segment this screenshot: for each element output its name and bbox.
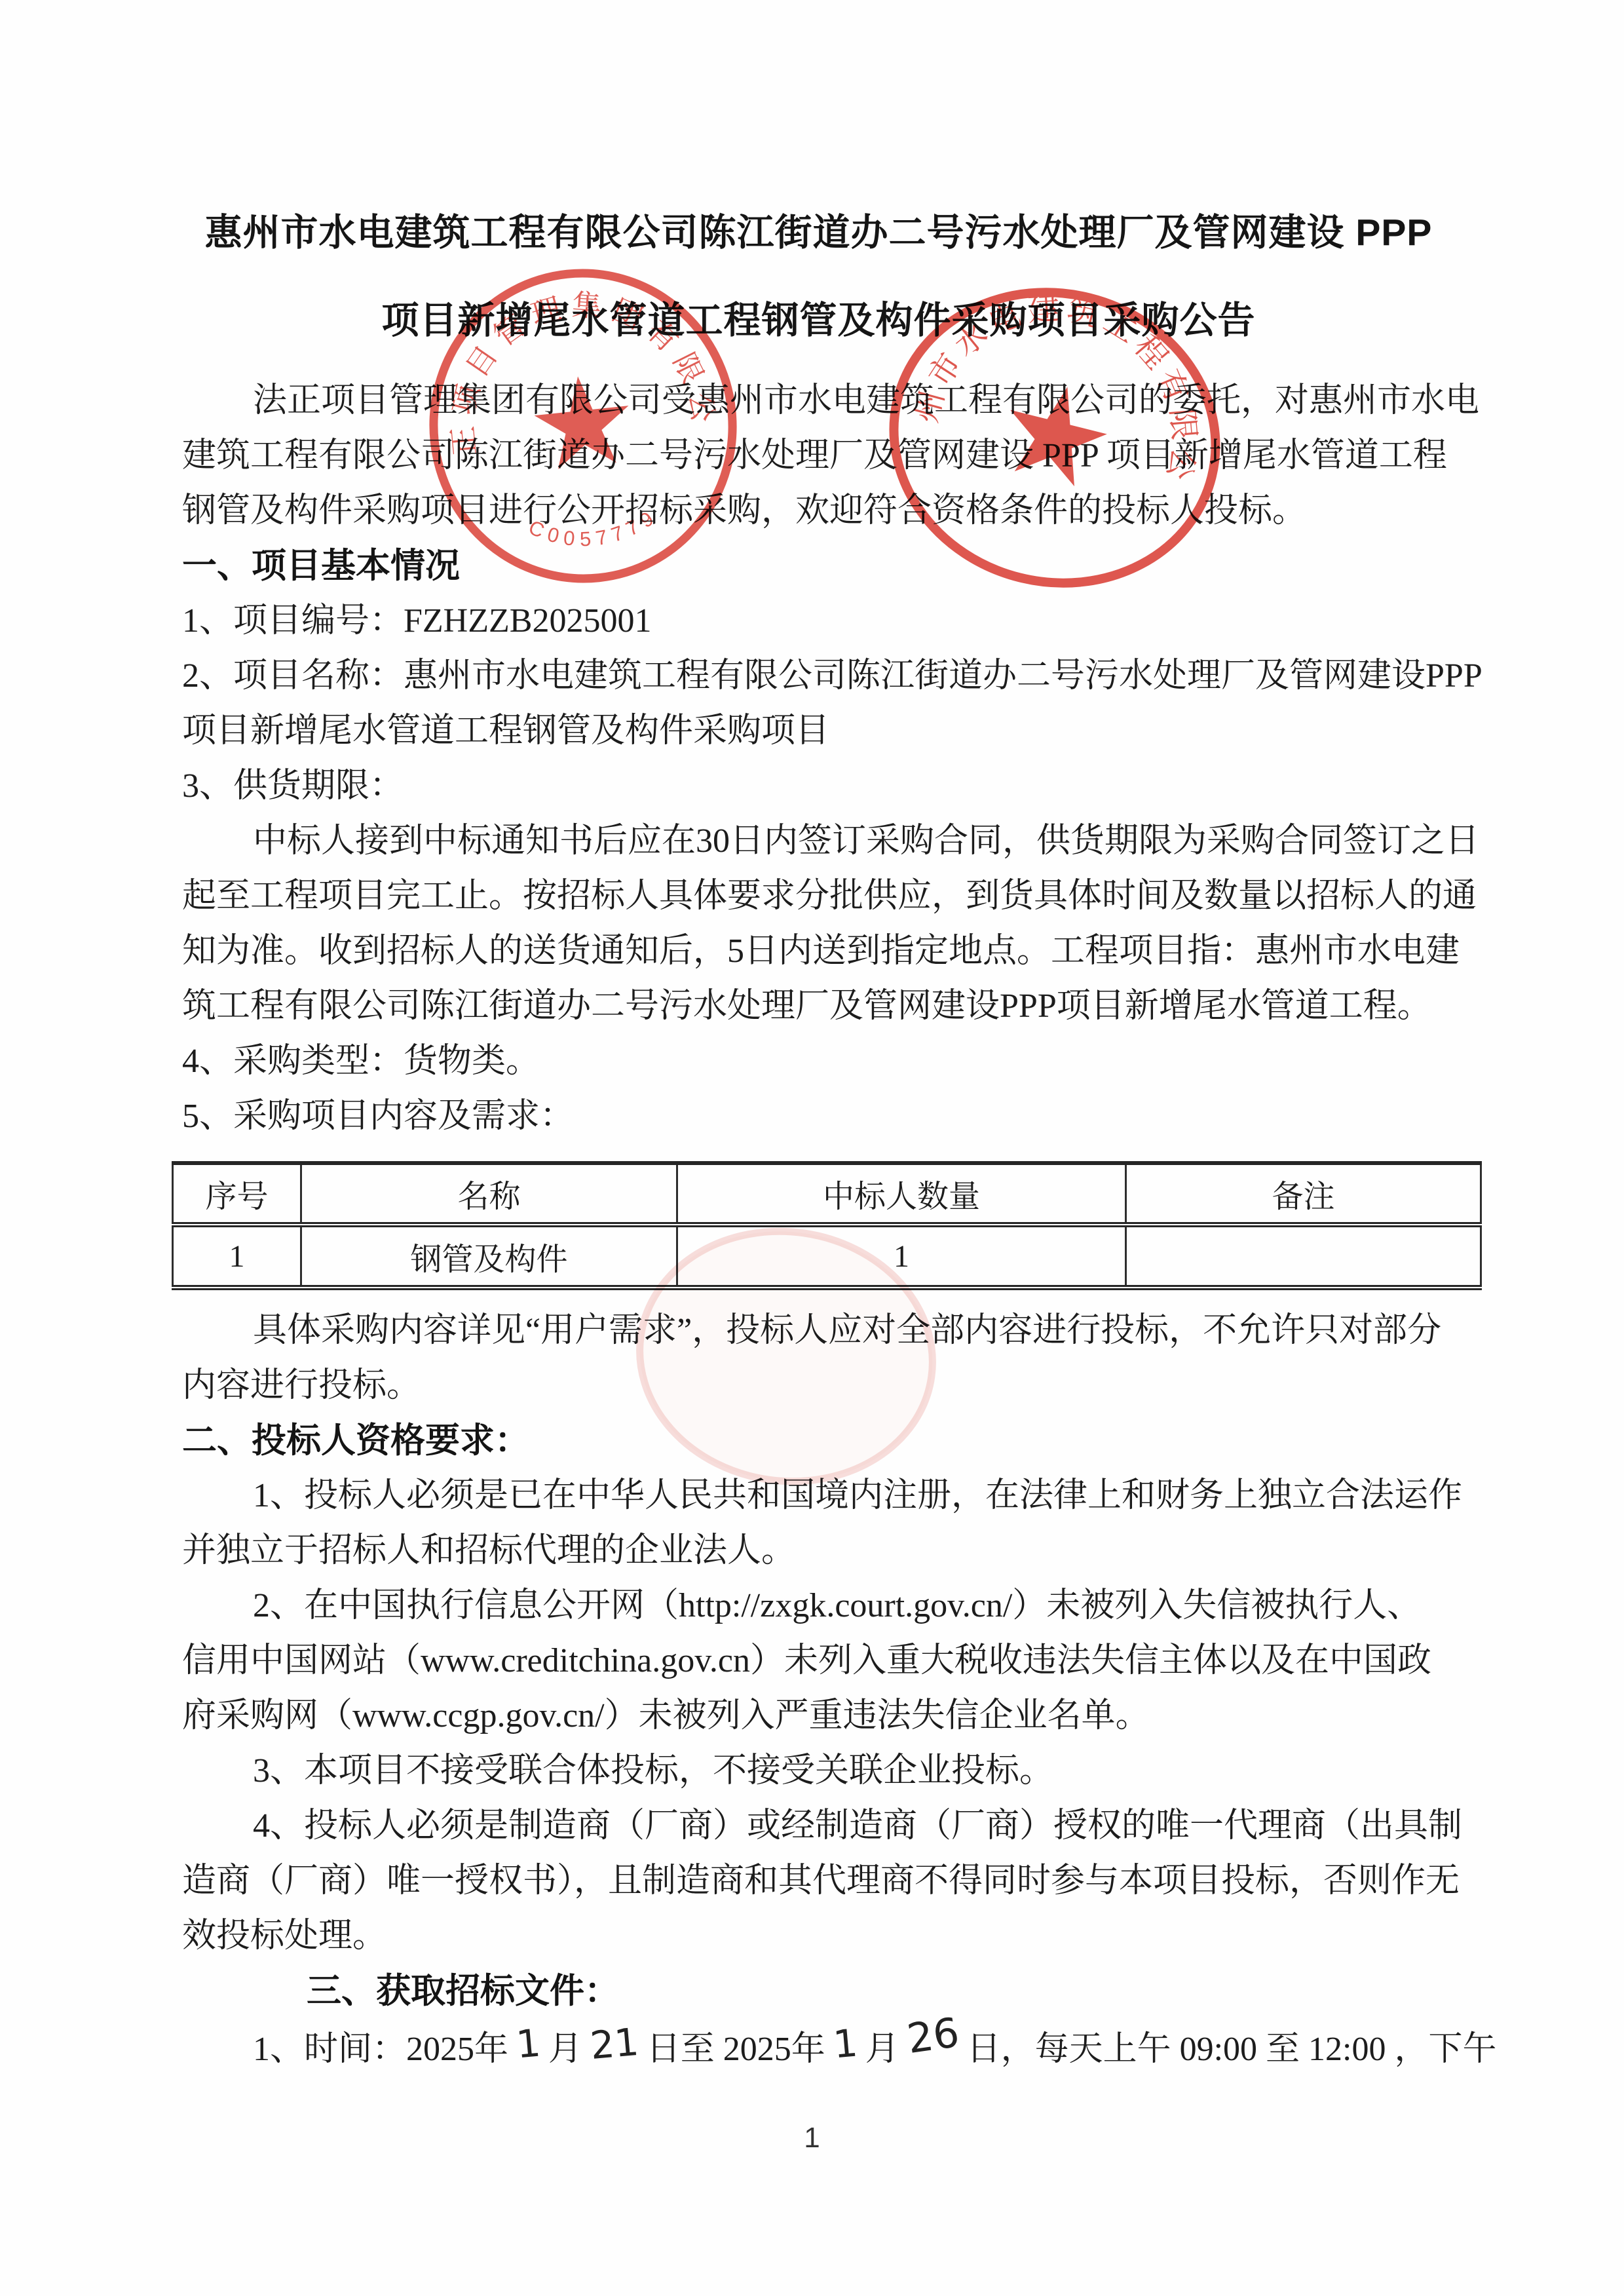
section-heading-basic-info: 一、项目基本情况 [182,539,1455,594]
qualification-line: 信用中国网站（www.creditchina.gov.cn）未列入重大税收违法失… [182,1634,1455,1689]
procurement-type-line: 4、采购类型：货物类。 [182,1034,1455,1089]
obtain-time-text: 日至 2025年 [647,2031,825,2068]
handwritten-day-21: 21 [588,2014,641,2073]
table-header-name: 名称 [301,1163,677,1225]
procurement-content-label: 5、采购项目内容及需求： [182,1089,1455,1144]
table-header-winner-count: 中标人数量 [677,1163,1126,1225]
document-title-line1: 惠州市水电建筑工程有限公司陈江街道办二号污水处理厂及管网建设 PPP [182,189,1455,277]
qualification-line: 效投标处理。 [182,1909,1455,1964]
obtain-time-suffix: 日，每天上午 09:00 至 12:00 ，下午 [967,2031,1497,2068]
document-content: 惠州市水电建筑工程有限公司陈江街道办二号污水处理厂及管网建设 PPP 项目新增尾… [182,189,1455,2074]
table-cell-name: 钢管及构件 [301,1225,677,1288]
document-title-line2: 项目新增尾水管道工程钢管及构件采购项目采购公告 [182,277,1455,364]
table-header-index: 序号 [173,1163,301,1225]
intro-line: 钢管及构件采购项目进行公开招标采购，欢迎符合资格条件的投标人投标。 [182,484,1455,539]
supply-period-line: 筑工程有限公司陈江街道办二号污水处理厂及管网建设PPP项目新增尾水管道工程。 [182,979,1455,1034]
handwritten-month-1: 1 [514,2016,542,2073]
obtain-time-line: 1、时间：2025年1月21日至 2025年1月26日，每天上午 09:00 至… [182,2019,1455,2074]
table-cell-remark [1126,1225,1481,1288]
intro-line: 建筑工程有限公司陈江街道办二号污水处理厂及管网建设 PPP 项目新增尾水管道工程 [182,429,1455,484]
page-number: 1 [0,2122,1624,2154]
section-heading-bidder-qualification: 二、投标人资格要求： [182,1413,1455,1468]
qualification-line: 1、投标人必须是已在中华人民共和国境内注册，在法律上和财务上独立合法运作 [182,1468,1455,1523]
obtain-time-text: 月 [548,2031,582,2068]
obtain-time-prefix: 1、时间：2025年 [253,2031,508,2068]
table-header-row: 序号 名称 中标人数量 备注 [173,1163,1481,1225]
qualification-line: 3、本项目不接受联合体投标，不接受关联企业投标。 [182,1744,1455,1799]
qualification-line: 造商（厂商）唯一授权书），且制造商和其代理商不得同时参与本项目投标，否则作无 [182,1854,1455,1909]
table-row: 1 钢管及构件 1 [173,1225,1481,1288]
project-number-line: 1、项目编号：FZHZZB2025001 [182,594,1455,649]
supply-period-line: 中标人接到中标通知书后应在30日内签订采购合同，供货期限为采购合同签订之日 [182,814,1455,869]
table-cell-index: 1 [173,1225,301,1288]
obtain-time-text: 月 [865,2031,899,2068]
table-note-line: 内容进行投标。 [182,1358,1455,1413]
project-name-line: 项目新增尾水管道工程钢管及构件采购项目 [182,704,1455,759]
supply-period-label: 3、供货期限： [182,759,1455,814]
supply-period-line: 知为准。收到招标人的送货通知后，5日内送到指定地点。工程项目指：惠州市水电建 [182,924,1455,979]
supply-period-line: 起至工程项目完工止。按招标人具体要求分批供应，到货具体时间及数量以招标人的通 [182,869,1455,924]
handwritten-day-26: 26 [903,2005,962,2067]
section-heading-obtain-documents: 三、获取招标文件： [182,1964,1455,2019]
handwritten-month-2: 1 [831,2016,859,2073]
intro-line: 法正项目管理集团有限公司受惠州市水电建筑工程有限公司的委托，对惠州市水电 [182,373,1455,429]
qualification-line: 并独立于招标人和招标代理的企业法人。 [182,1523,1455,1578]
project-name-line: 2、项目名称：惠州市水电建筑工程有限公司陈江街道办二号污水处理厂及管网建设PPP [182,649,1455,704]
table-cell-winner-count: 1 [677,1225,1126,1288]
qualification-line: 府采购网（www.ccgp.gov.cn/）未被列入严重违法失信企业名单。 [182,1689,1455,1744]
procurement-items-table: 序号 名称 中标人数量 备注 1 钢管及构件 1 [172,1161,1482,1290]
qualification-line: 4、投标人必须是制造商（厂商）或经制造商（厂商）授权的唯一代理商（出具制 [182,1799,1455,1854]
table-note-line: 具体采购内容详见“用户需求”，投标人应对全部内容进行投标，不允许只对部分 [182,1303,1455,1358]
document-page: 惠州市水电建筑工程有限公司陈江街道办二号污水处理厂及管网建设 PPP 项目新增尾… [0,0,1624,2296]
qualification-line: 2、在中国执行信息公开网（http://zxgk.court.gov.cn/）未… [182,1578,1455,1634]
table-header-remark: 备注 [1126,1163,1481,1225]
